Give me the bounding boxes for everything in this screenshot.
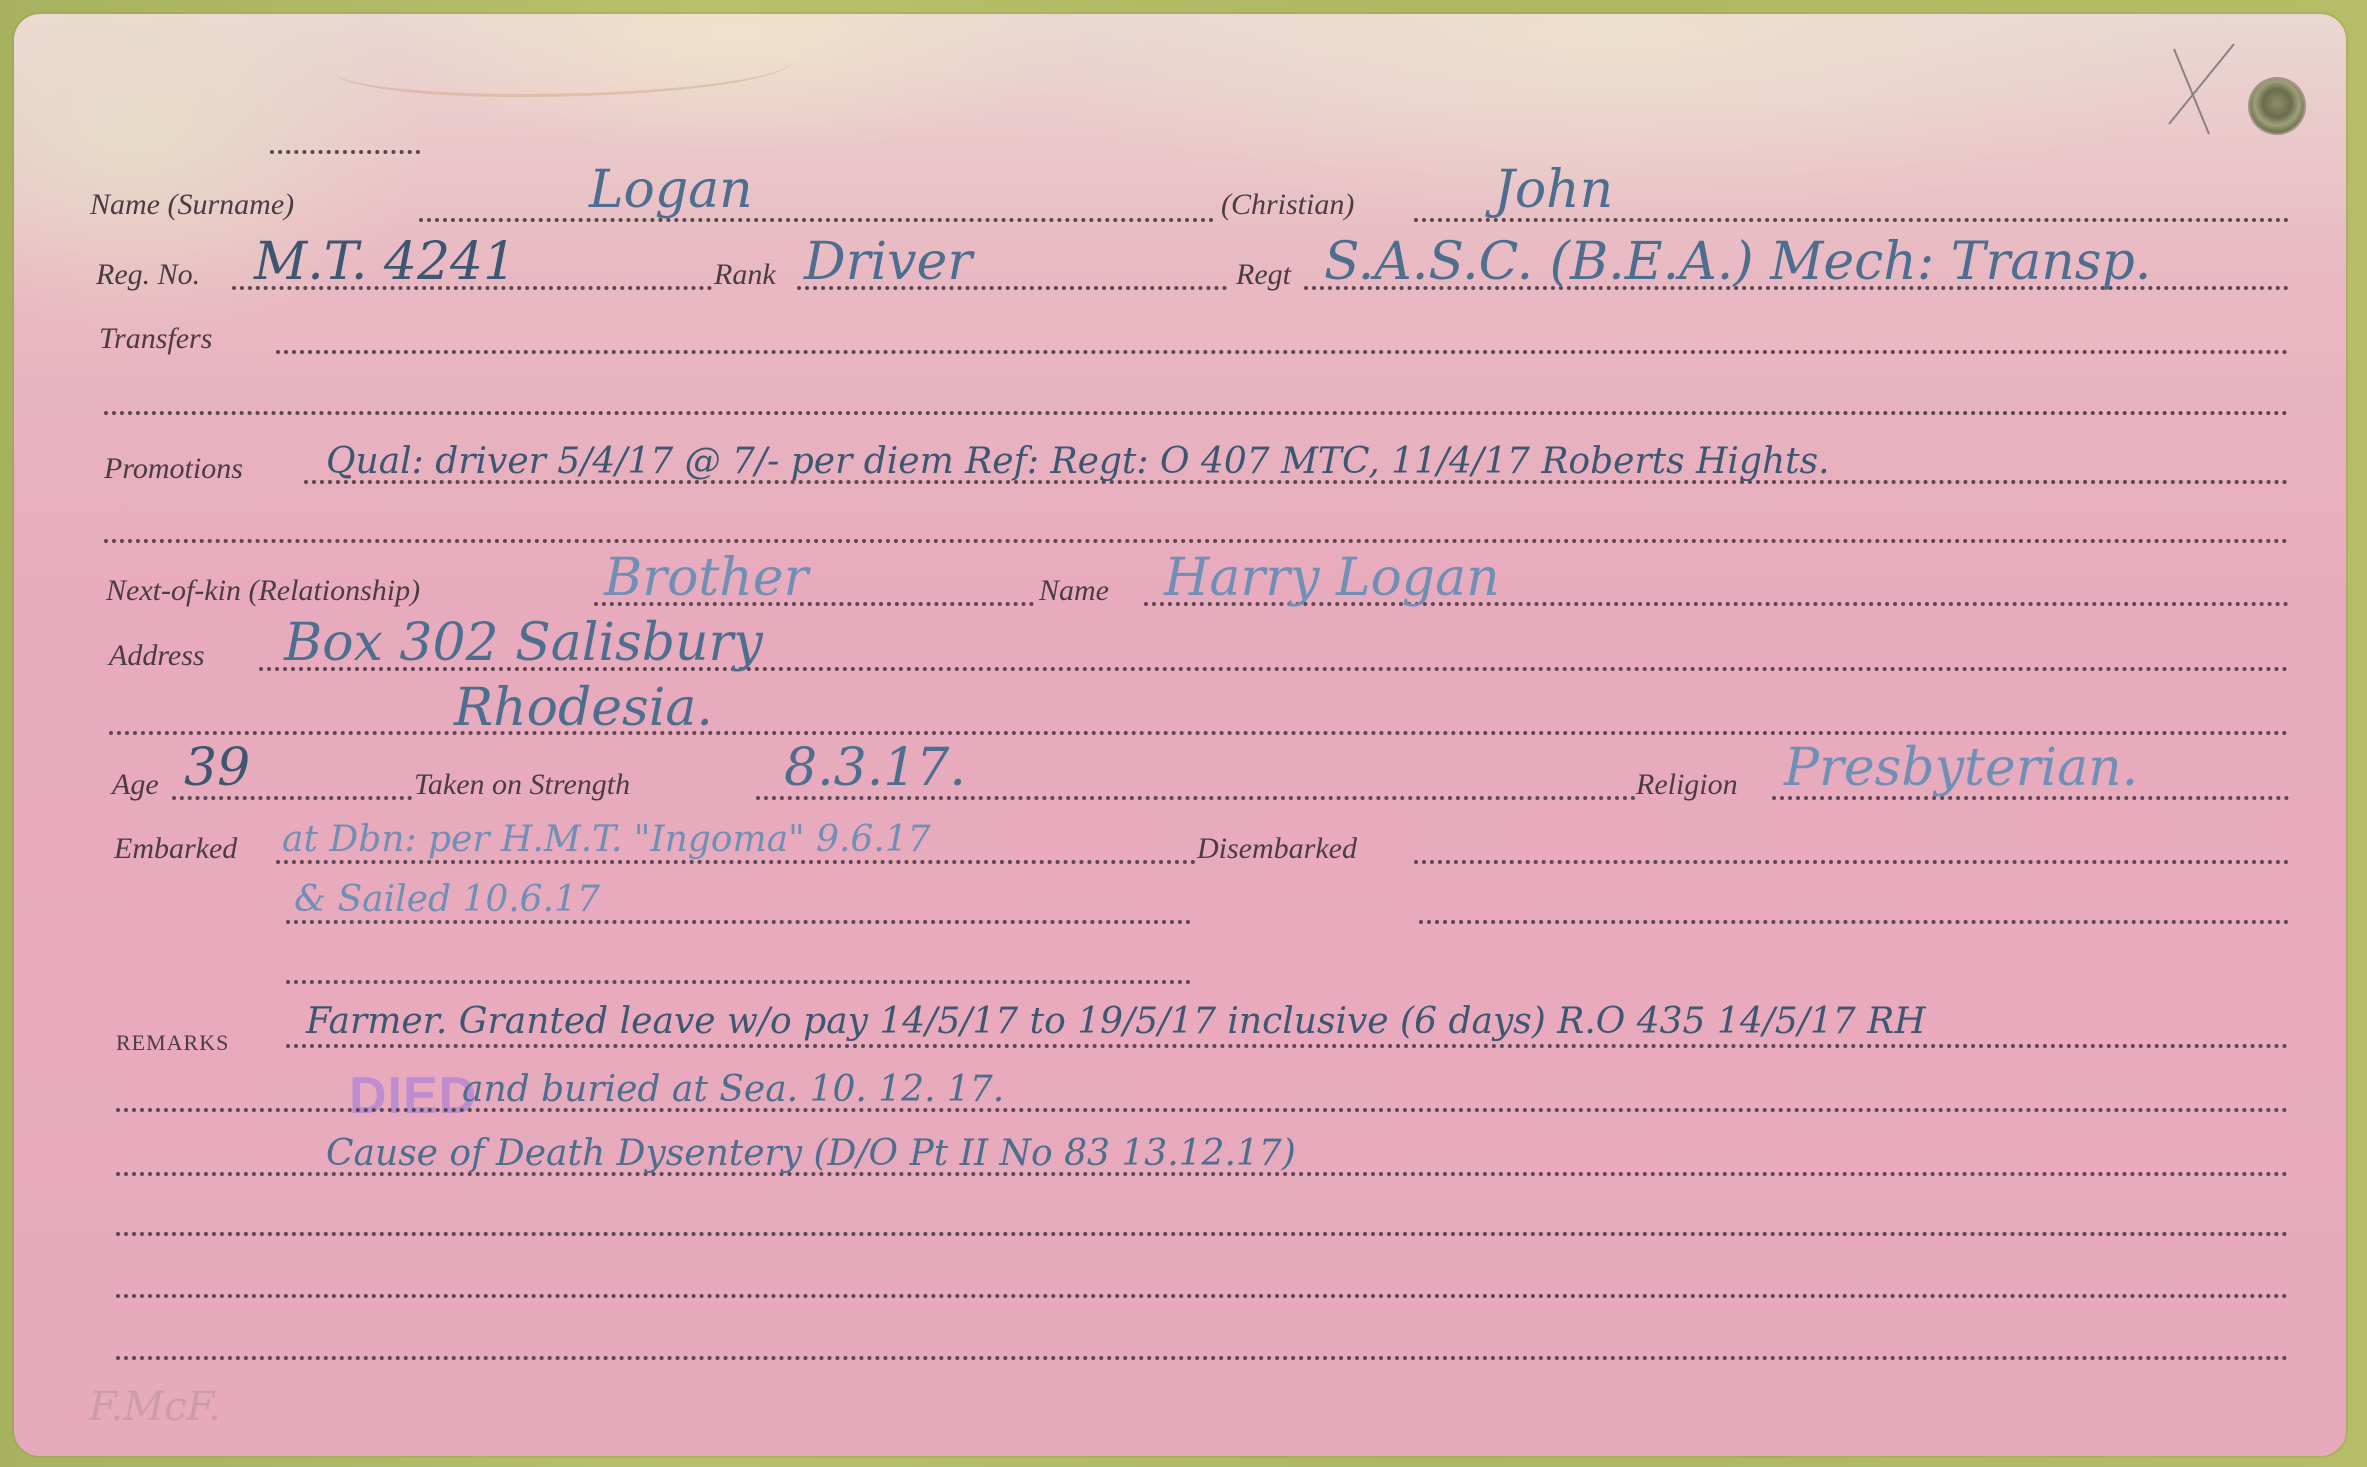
dotted-line: [286, 920, 1191, 924]
remarks-line3-value: Cause of Death Dysentery (D/O Pt II No 8…: [326, 1136, 1296, 1172]
pencil-initials: F.McF.: [89, 1384, 221, 1430]
label-rank: Rank: [714, 260, 776, 290]
label-address: Address: [109, 641, 205, 671]
dotted-line: [419, 218, 1214, 222]
christian-name-value: John: [1494, 164, 1613, 216]
label-name-surname: Name (Surname): [90, 190, 294, 220]
dotted-line: [104, 539, 2289, 543]
rank-value: Driver: [804, 236, 972, 288]
label-taken-on-strength: Taken on Strength: [414, 770, 630, 800]
embarked-line2-value: & Sailed 10.6.17: [294, 882, 600, 918]
dotted-line: [109, 731, 2289, 735]
dotted-line: [104, 411, 2289, 415]
nok-relationship-value: Brother: [604, 552, 808, 604]
died-stamp: DIED: [349, 1066, 477, 1126]
label-disembarked: Disembarked: [1197, 834, 1357, 864]
dotted-line: [286, 980, 1191, 984]
label-regt: Regt: [1236, 260, 1291, 290]
pencil-x-mark-icon: [2164, 39, 2244, 139]
nok-name-value: Harry Logan: [1164, 552, 1500, 604]
label-remarks: REMARKS: [116, 1032, 229, 1054]
label-religion: Religion: [1636, 770, 1738, 800]
dotted-line: [1419, 920, 2289, 924]
surname-value: Logan: [589, 164, 753, 216]
address-line1-value: Box 302 Salisbury: [284, 617, 763, 669]
address-line2-value: Rhodesia.: [454, 682, 713, 734]
reg-no-value: M.T. 4241: [254, 236, 516, 288]
label-christian: (Christian): [1221, 190, 1354, 220]
label-transfers: Transfers: [99, 324, 212, 354]
label-reg-no: Reg. No.: [96, 260, 200, 290]
label-next-of-kin: Next-of-kin (Relationship): [106, 576, 420, 606]
water-stain: [334, 34, 794, 97]
metal-grommet-icon: [2250, 79, 2304, 133]
attestation-record-card: Name (Surname) (Christian) Logan John Re…: [14, 14, 2346, 1456]
dotted-line: [1414, 860, 2289, 864]
remarks-line2-value: and buried at Sea. 10. 12. 17.: [462, 1072, 1004, 1108]
religion-value: Presbyterian.: [1784, 742, 2138, 794]
dotted-line: [276, 860, 1196, 864]
remarks-line1-value: Farmer. Granted leave w/o pay 14/5/17 to…: [306, 1004, 1926, 1040]
label-age: Age: [112, 770, 159, 800]
label-embarked: Embarked: [114, 834, 237, 864]
age-value: 39: [184, 742, 250, 794]
regt-value: S.A.S.C. (B.E.A.) Mech: Transp.: [1324, 236, 2151, 288]
label-promotions: Promotions: [104, 454, 243, 484]
dotted-line: [116, 1294, 2289, 1298]
dotted-line: [116, 1108, 2289, 1112]
dotted-line: [116, 1232, 2289, 1236]
taken-on-strength-value: 8.3.17.: [784, 742, 966, 794]
dotted-line: [276, 350, 2289, 354]
label-nok-name: Name: [1039, 576, 1109, 606]
promotions-value: Qual: driver 5/4/17 @ 7/- per diem Ref: …: [326, 444, 1830, 480]
dotted-line: [116, 1356, 2289, 1360]
top-dotted-line: [270, 150, 420, 154]
dotted-line: [286, 1044, 2289, 1048]
embarked-line1-value: at Dbn: per H.M.T. "Ingoma" 9.6.17: [282, 822, 931, 858]
